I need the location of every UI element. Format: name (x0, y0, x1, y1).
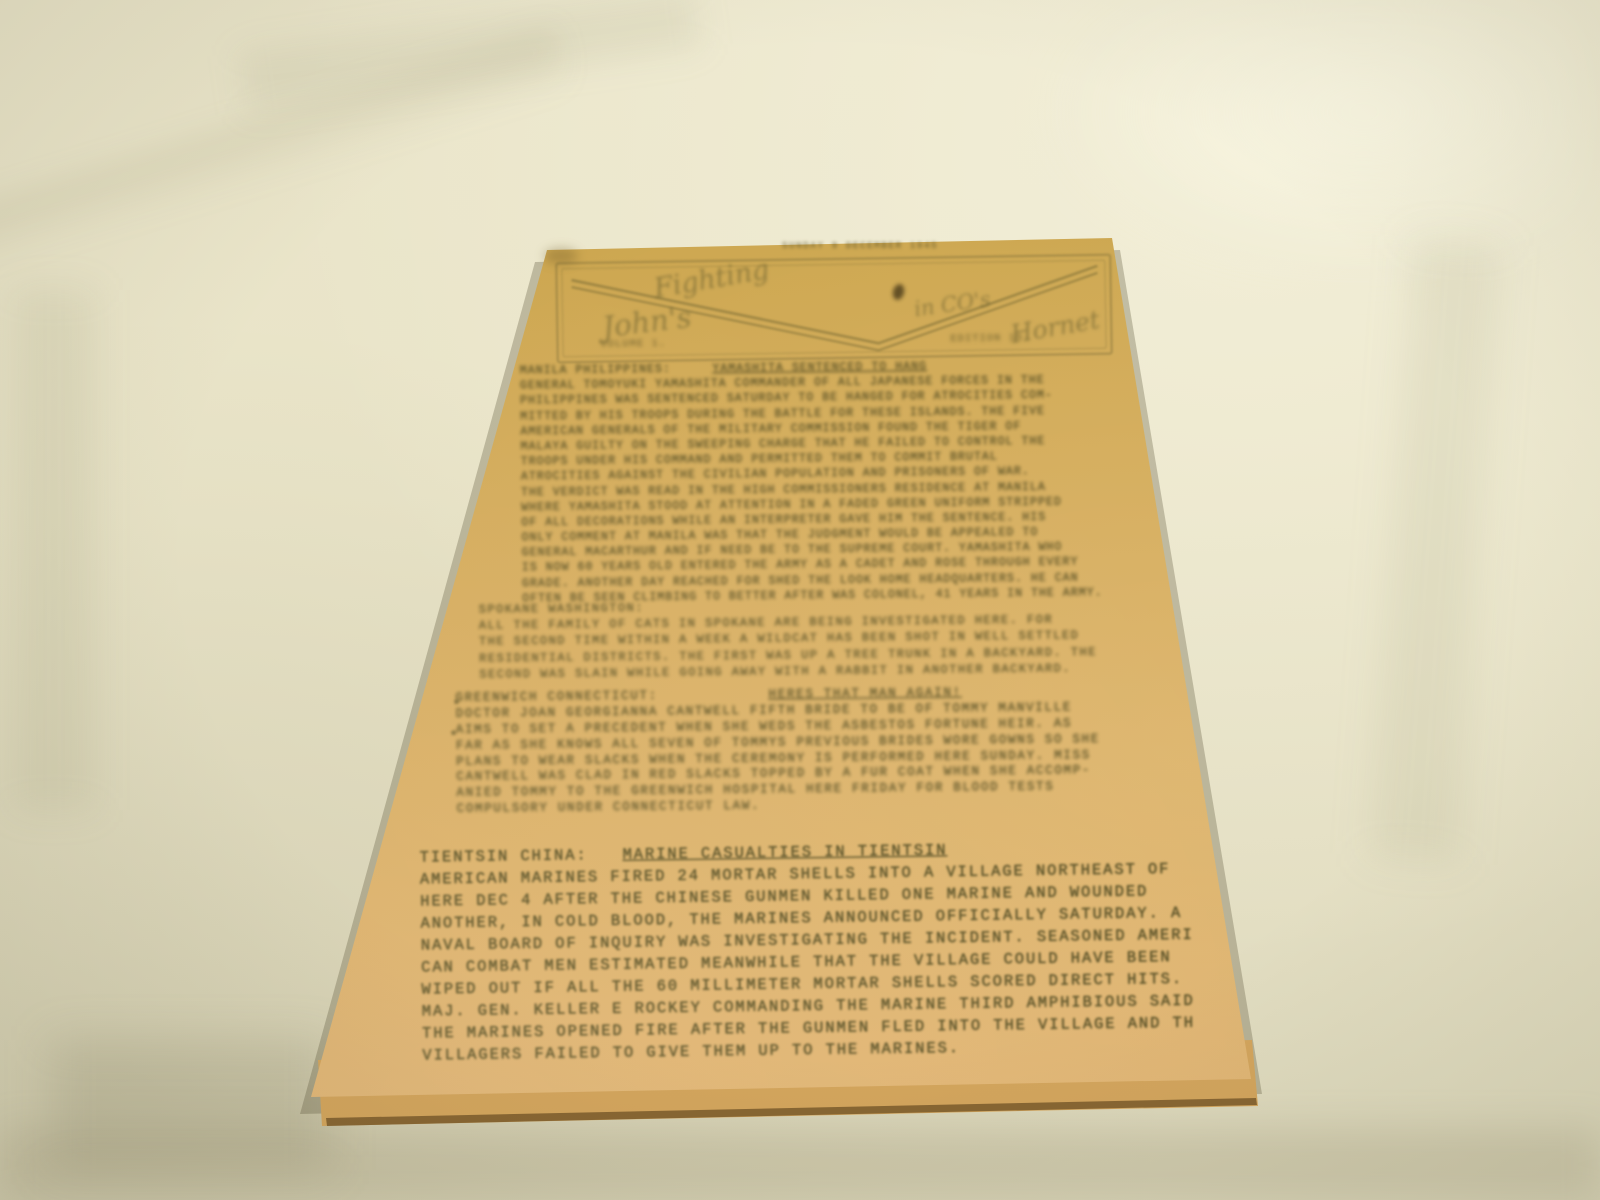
story-dateline: SPOKANE WASHINGTON: (479, 602, 644, 616)
story-dateline: TIENTSIN CHINA: (420, 848, 588, 866)
story-yamashita: MANILA PHILIPPINES: YAMASHITA SENTENCED … (520, 359, 1175, 609)
story-body: DOCTOR JOAN GEORGIANNA CANTWELL FIFTH BR… (456, 700, 1202, 819)
story-dateline: MANILA PHILIPPINES: (520, 364, 671, 377)
story-body: GENERAL TOMOYUKI YAMASHITA COMMANDER OF … (520, 374, 1174, 609)
story-dateline: GREENWICH CONNECTICUT: (455, 690, 658, 705)
story-headline: HERES THAT MAN AGAIN! (768, 687, 961, 702)
masthead-date-line: SUNDAY 9 DECEMBER 1945 (690, 240, 1030, 251)
edition-label: EDITION 15. (950, 333, 1030, 345)
story-headline: MARINE CASUALTIES IN TIENTSIN (622, 843, 947, 863)
story-body: ALL THE FAMILY OF CATS IN SPOKANE ARE BE… (479, 613, 1180, 685)
volume-label: VOLUME 1. (600, 339, 666, 351)
masthead-box: Fighting John's in CO's Hornet VOLUME 1.… (555, 254, 1113, 364)
story-headline: YAMASHITA SENTENCED TO HANG (712, 361, 927, 375)
photo-of-newsletter: { "photo": { "background_color": "#e8e3c… (0, 0, 1600, 1200)
story-greenwich: GREENWICH CONNECTICUT: HERES THAT MAN AG… (455, 684, 1201, 819)
story-spokane: SPOKANE WASHINGTON: ALL THE FAMILY OF CA… (479, 596, 1180, 684)
story-tientsin: TIENTSIN CHINA: MARINE CASUALTIES IN TIE… (420, 839, 1235, 1070)
story-body: AMERICAN MARINES FIRED 24 MORTAR SHELLS … (420, 861, 1235, 1070)
